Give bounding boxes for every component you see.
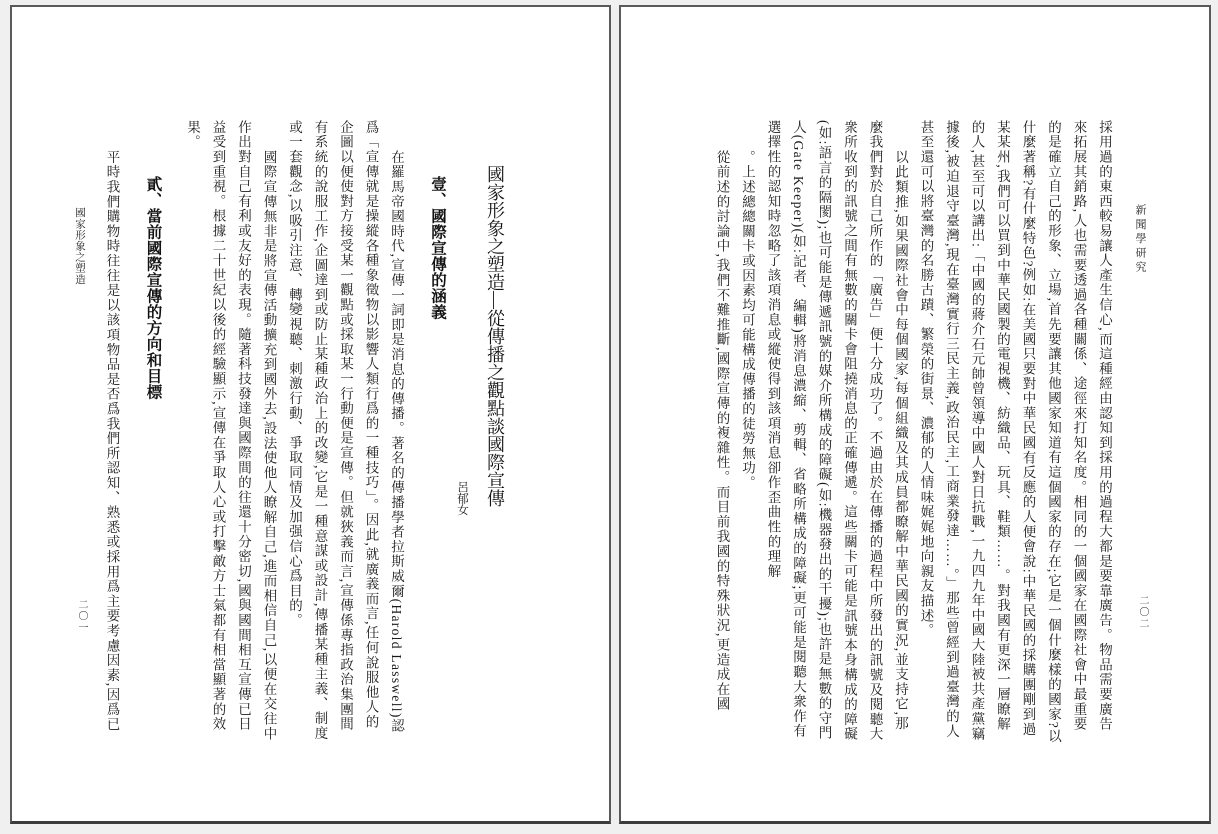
left-paragraph-3: 平時我們購物時往往是以該項物品是否爲我們所認知、熟悉或採用爲主要考慮因素,因爲已 (99, 120, 125, 744)
right-paragraph-1: 採用過的東西較易讓人產生信心,而這種經由認知到採用的過程大都是要靠廣告。物品需要… (913, 120, 1117, 744)
right-paragraph-4: 從前述的討論中,我們不難推斷,國際宣傳的複雜性。而目前我國的特殊狀況,更造成在國 (709, 120, 735, 744)
journal-running-header: 新聞學研究 (1132, 204, 1148, 275)
right-page-body: 採用過的東西較易讓人產生信心,而這種經由認知到採用的過程大都是要靠廣告。物品需要… (662, 120, 1117, 744)
left-page-scan: 國家形象之塑造 二〇一 國家形象之塑造—從傳播之觀點談國際宣傳 呂郁女 壹、國際… (10, 5, 611, 824)
right-paragraph-3: 。上述總總關卡或因素均可能構成傳播的徒勞無功。 (735, 120, 761, 744)
article-title: 國家形象之塑造—從傳播之觀點談國際宣傳 (482, 120, 508, 744)
left-paragraph-1: 在羅馬帝國時代,宣傳一詞即是消息的傳播。著名的傳播學者拉斯威爾(Harold L… (282, 120, 410, 744)
right-page-number: 二〇二 (1135, 595, 1150, 630)
left-page-body: 國家形象之塑造—從傳播之觀點談國際宣傳 呂郁女 壹、國際宣傳的涵義 在羅馬帝國時… (84, 120, 508, 744)
section-2-heading: 貳、當前國際宣傳的方向和目標 (141, 120, 166, 744)
article-author: 呂郁女 (450, 120, 474, 515)
left-paragraph-2: 國際宣傳無非是將宣傳活動擴充到國外去,設法使他人瞭解自己,進而相信自己,以便在交… (180, 120, 282, 744)
right-paragraph-2: 以此類推,如果國際社會中每個國家,每個組織及其成員都瞭解中華民國的實況,並支持它… (760, 120, 913, 744)
section-1-heading: 壹、國際宣傳的涵義 (425, 120, 450, 744)
right-page-scan: 新聞學研究 二〇二 採用過的東西較易讓人產生信心,而這種經由認知到採用的過程大都… (619, 5, 1211, 824)
scanned-document-spread: 國家形象之塑造 二〇一 國家形象之塑造—從傳播之觀點談國際宣傳 呂郁女 壹、國際… (0, 0, 1218, 834)
